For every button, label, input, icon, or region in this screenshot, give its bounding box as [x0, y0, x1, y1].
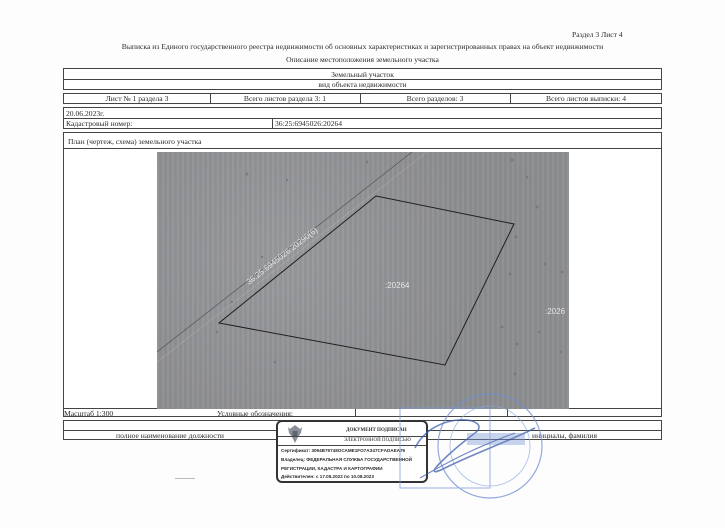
date-cadastral-block: 20.06.2023г. Кадастровый номер: 36:25:69… — [63, 107, 662, 129]
object-type-caption: вид объекта недвижимости — [64, 79, 661, 89]
document-subtitle: Описание местоположения земельного участ… — [0, 56, 725, 64]
total-sheets-extract: Всего листов выписки: 4 — [510, 94, 662, 103]
legend-label: Условные обозначения: — [217, 409, 293, 417]
total-sheets-section: Всего листов раздела 3: 1 — [210, 94, 360, 103]
total-sections: Всего разделов: 3 — [360, 94, 510, 103]
esig-certificate: Сертификат: 3094B79748ОСАМЕ1FО7АЗ47СFАDA… — [281, 448, 405, 453]
scale-label: Масштаб 1:300 — [64, 409, 113, 417]
official-seal-icon — [395, 388, 555, 508]
extract-date: 20.06.2023г. — [66, 108, 104, 118]
cadastral-plan-map: 36:25:6945026:20290(6) :20264 :2026 — [157, 152, 569, 409]
document-title: Выписка из Единого государственного реес… — [0, 43, 725, 51]
esig-owner-2: РЕГИСТРАЦИИ, КАДАСТРА И КАРТОГРАФИИ — [281, 466, 383, 471]
map-label-neighbor: :2026 — [545, 307, 566, 316]
sheet-of-section: Лист № 1 раздела 3 — [64, 94, 210, 103]
object-type: Земельный участок — [64, 69, 661, 79]
footer-mark — [175, 478, 195, 479]
map-label-road: 36:25:6945026:20290(6) — [245, 225, 320, 286]
esig-valid: Действителен: с 17.05.2022 по 10.08.2023 — [281, 474, 374, 479]
esig-owner-1: Владелец: ФЕДЕРАЛЬНАЯ СЛУЖБА ГОСУДАРСТВЕ… — [281, 457, 412, 462]
position-caption: полное наименование должности — [64, 431, 276, 440]
emblem-icon — [286, 423, 304, 445]
section-sheet-label: Раздел 3 Лист 4 — [572, 31, 623, 39]
cadastral-number: 36:25:6945026:20264 — [275, 118, 342, 128]
map-label-parcel: :20264 — [385, 281, 410, 290]
cadastral-label: Кадастровый номер: — [66, 118, 132, 128]
object-type-block: Земельный участок вид объекта недвижимос… — [63, 68, 662, 90]
plan-title: План (чертеж, схема) земельного участка — [68, 135, 201, 147]
sheet-info-row: Лист № 1 раздела 3 Всего листов раздела … — [63, 93, 662, 104]
